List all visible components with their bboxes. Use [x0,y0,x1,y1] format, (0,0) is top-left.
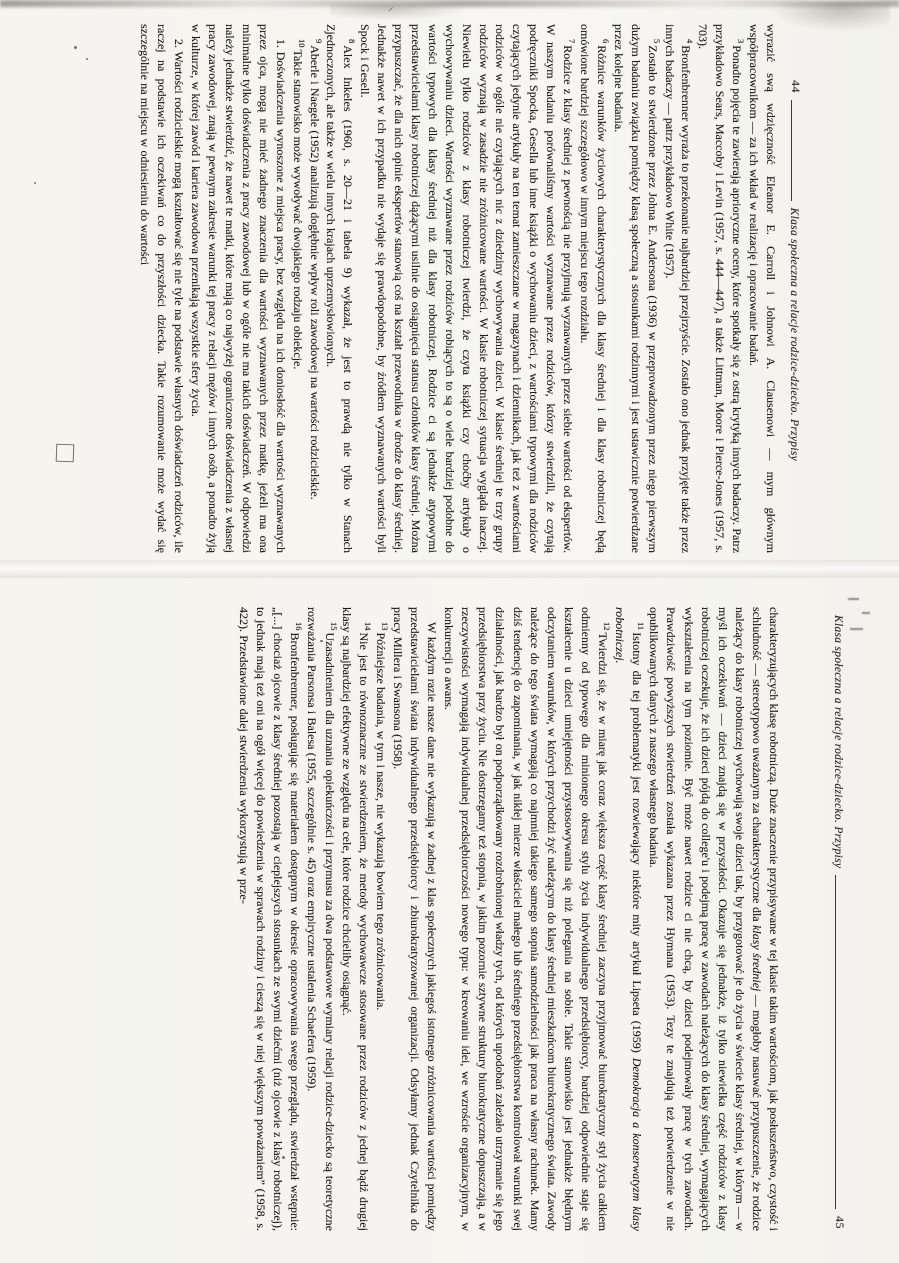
footnote-paragraph: W każdym razie nasze dane nie wykazują w… [389,607,440,1231]
footnote-marker: 14 [363,622,373,631]
text-run: W każdym razie nasze dane nie wykazują w… [391,607,439,1231]
text-run: Zostało to stwierdzone przez Johna E. An… [612,24,660,553]
text-run: Alex Inkeles (1960, s. 20—21 i tabela 9)… [324,24,355,553]
page-44-body: wyrazić swą wdzięczność Eleanor E. Carro… [137,24,779,553]
footnote-marker: 4 [685,39,695,43]
running-head-title: Klasa społeczna a relacje rodzice-dzieck… [832,615,844,868]
footnote-paragraph: 1. Doświadczenia wynoszone z miejsca pra… [187,24,288,553]
text-run: Aberle i Naegele (1952) analizują dogłęb… [308,45,322,499]
footnote-paragraph: 9Aberle i Naegele (1952) analizują dogłę… [306,24,323,553]
footnote-marker: 15 [329,622,339,631]
footnote-paragraph: 14Nie jest to równoznaczne ze stwierdzen… [338,607,372,1231]
footnote-paragraph: 2. Wartości rodzicielskie mogą kształtow… [137,24,188,553]
text-run: klasy średniej [750,925,764,991]
text-run: Różnice warunków życiowych charakterysty… [578,24,609,553]
footnote-paragraph: 10Takie stanowisko może wywoływać dwojak… [289,24,306,553]
footnote-paragraph: 12Twierdzi się, że w miarę jak coraz wię… [440,607,611,1231]
footnote-paragraph: 4Bronfenbrenner wyraża to przekonanie na… [661,24,695,553]
text-run: — mogłoby nasuwać przypuszczenie, że rod… [647,607,764,1231]
text-run: Nie jest to równoznaczne ze stwierdzenie… [340,607,371,1231]
footnote-paragraph: wyrazić swą wdzięczność Eleanor E. Carro… [745,24,779,553]
footnote-marker: 10 [297,39,307,48]
running-head-page-45: Klasa społeczna a relacje rodzice-dzieck… [832,615,847,1229]
footnote-marker: 12 [602,622,612,631]
text-run: wyrazić swą wdzięczność Eleanor E. Carro… [747,24,778,553]
running-head-title: Klasa społeczna a relacje rodzice-dzieck… [788,208,800,461]
footnote-marker: 9 [314,39,324,43]
text-run: Takie stanowisko może wywoływać dwojakie… [291,50,305,370]
footnote-paragraph: 13Późniejsze badania, w tym i nasze, nie… [372,607,389,1231]
text-run: Ponadto pojęcia te zawierają aprioryczne… [696,24,744,553]
footnote-paragraph: 7Rodzice z klasy średniej z pewnością ni… [356,24,576,553]
page-number-44: 44 [788,80,803,93]
footnote-marker: 11 [636,622,646,630]
text-run: Uzasadnieniem dla uznania opiekuńczości … [305,607,336,1231]
scanned-book-spread: 44 Klasa społeczna a relacje rodzice-dzi… [0,0,899,1263]
page-number-45: 45 [832,1216,847,1229]
text-run: Bronfenbrenner wyraża to przekonanie naj… [663,24,694,553]
footnote-paragraph: charakteryzujących klasę robotniczą. Duż… [645,607,782,1231]
footnote-paragraph: 6Różnice warunków życiowych charakteryst… [576,24,610,553]
footnote-marker: 8 [347,39,357,43]
footnote-marker: 6 [601,39,611,43]
text-run: Rodzice z klasy średniej z pewnością nie… [358,24,575,553]
footnote-marker: 3 [736,39,746,43]
text-run: Bronfenbrenner, posługując się materiałe… [237,607,302,1231]
book-spread: 44 Klasa społeczna a relacje rodzice-dzi… [0,0,899,1263]
text-run: Istotny dla tej problematyki jest rozwie… [630,632,644,1058]
footnote-paragraph: 8Alex Inkeles (1960, s. 20—21 i tabela 9… [323,24,357,553]
footnote-marker: 13 [380,622,390,631]
footnote-marker: 5 [652,39,662,43]
text-run: 1. Doświadczenia wynoszone z miejsca pra… [189,24,288,553]
footnote-paragraph: 16Bronfenbrenner, posługując się materia… [235,607,303,1231]
text-run: Późniejsze badania, w tym i nasze, nie w… [374,633,388,1011]
page-45-body: charakteryzujących klasę robotniczą. Duż… [235,607,782,1231]
page-45: Klasa społeczna a relacje rodzice-dzieck… [0,567,899,1263]
page-44: 44 Klasa społeczna a relacje rodzice-dzi… [0,0,899,567]
footnote-paragraph: 3Ponadto pojęcia te zawierają aprioryczn… [694,24,745,553]
footnote-paragraph: 11Istotny dla tej problematyki jest rozw… [611,607,645,1231]
running-head-rule [835,875,836,1209]
footnote-marker: 16 [294,622,304,631]
running-head-page-44: 44 Klasa społeczna a relacje rodzice-dzi… [788,80,803,461]
footnote-paragraph: 15Uzasadnieniem dla uznania opiekuńczośc… [303,607,337,1231]
text-run: Twierdzi się, że w miarę jak coraz więks… [442,607,610,1231]
running-head-rule [791,100,792,201]
footnote-paragraph: 5Zostało to stwierdzone przez Johna E. A… [610,24,661,553]
footnote-marker: 7 [567,39,577,43]
text-run: 2. Wartości rodzicielskie mogą kształtow… [138,24,186,553]
